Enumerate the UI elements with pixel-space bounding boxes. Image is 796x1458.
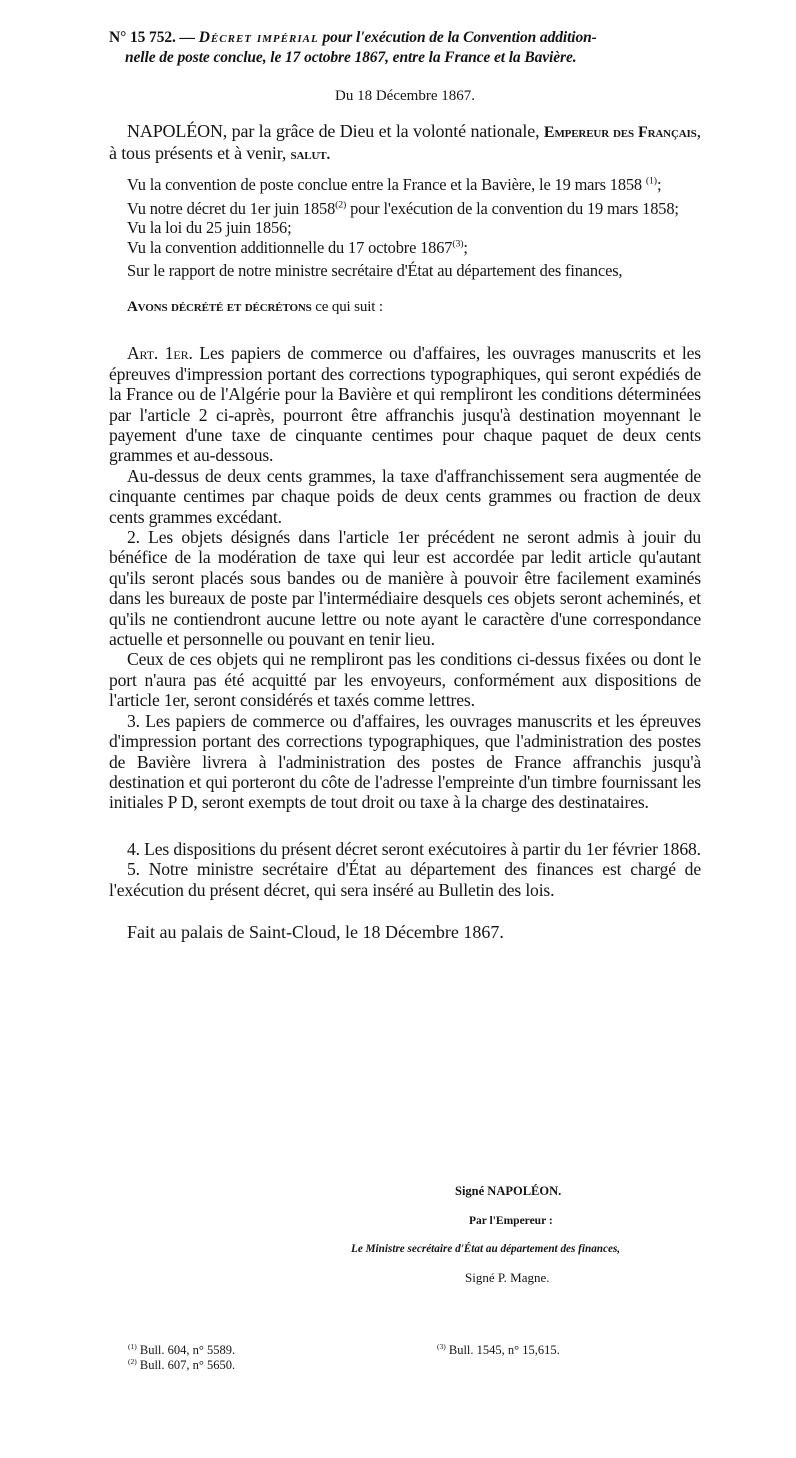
document-page: N° 15 752. — Décret impérial pour l'exéc… bbox=[109, 28, 701, 943]
article-1: Art. 1er. Les papiers de commerce ou d'a… bbox=[109, 343, 701, 465]
preamble: NAPOLÉON, par la grâce de Dieu et la vol… bbox=[109, 121, 701, 166]
article-label: 3. bbox=[127, 711, 140, 731]
closing-line: Fait au palais de Saint-Cloud, le 18 Déc… bbox=[127, 922, 701, 943]
article-2: 2. Les objets désignés dans l'article 1e… bbox=[109, 527, 701, 649]
article-label: 5. bbox=[127, 859, 140, 879]
decree-heading: N° 15 752. — Décret impérial pour l'exéc… bbox=[109, 28, 701, 68]
salut: salut. bbox=[291, 147, 331, 163]
enacting-clause: Avons décrété et décrétons ce qui suit : bbox=[109, 297, 701, 317]
footnote-3: (3) Bull. 1545, n° 15,615. bbox=[437, 1343, 560, 1358]
decree-number: N° 15 752. bbox=[109, 29, 176, 46]
emperor-title: Empereur des Français bbox=[544, 124, 697, 141]
minister-title: Le Ministre secrétaire d'État au départe… bbox=[351, 1243, 620, 1255]
article-3: 3. Les papiers de commerce ou d'affaires… bbox=[109, 711, 701, 813]
considerant-1: Vu la convention de poste conclue entre … bbox=[109, 175, 701, 195]
article-5: 5. Notre ministre secrétaire d'État au d… bbox=[109, 859, 701, 900]
decree-title-line1: pour l'exécution de la Convention additi… bbox=[319, 29, 597, 46]
considerant-2: Vu notre décret du 1er juin 1858(2) pour… bbox=[109, 199, 701, 219]
par-l-empereur: Par l'Empereur : bbox=[469, 1215, 553, 1227]
decree-date: Du 18 Décembre 1867. bbox=[109, 88, 701, 105]
considerant-4: Vu la convention additionnelle du 17 oct… bbox=[109, 238, 701, 258]
footnote-1: (1) Bull. 604, n° 5589. bbox=[128, 1343, 235, 1358]
considerant-3: Vu la loi du 25 juin 1856; bbox=[109, 218, 701, 238]
decree-title-smallcaps: Décret impérial bbox=[199, 29, 319, 46]
signature-magne: Signé P. Magne. bbox=[465, 1270, 550, 1286]
article-2-para-2: Ceux de ces objets qui ne rempliront pas… bbox=[109, 649, 701, 710]
considerant-5: Sur le rapport de notre ministre secréta… bbox=[109, 261, 701, 281]
article-1-para-2: Au-dessus de deux cents grammes, la taxe… bbox=[109, 466, 701, 527]
emperor-name: NAPOLÉON bbox=[127, 121, 223, 141]
decree-title-line2: nelle de poste conclue, le 17 octobre 18… bbox=[109, 48, 701, 68]
footnote-2: (2) Bull. 607, n° 5650. bbox=[128, 1358, 235, 1373]
article-4: 4. Les dispositions du présent décret se… bbox=[109, 839, 701, 859]
signature-napoleon: Signé NAPOLÉON. bbox=[455, 1184, 561, 1199]
article-label: 4. bbox=[127, 839, 140, 859]
article-label: 2. bbox=[127, 527, 140, 547]
article-label: Art. 1er. bbox=[127, 343, 193, 363]
